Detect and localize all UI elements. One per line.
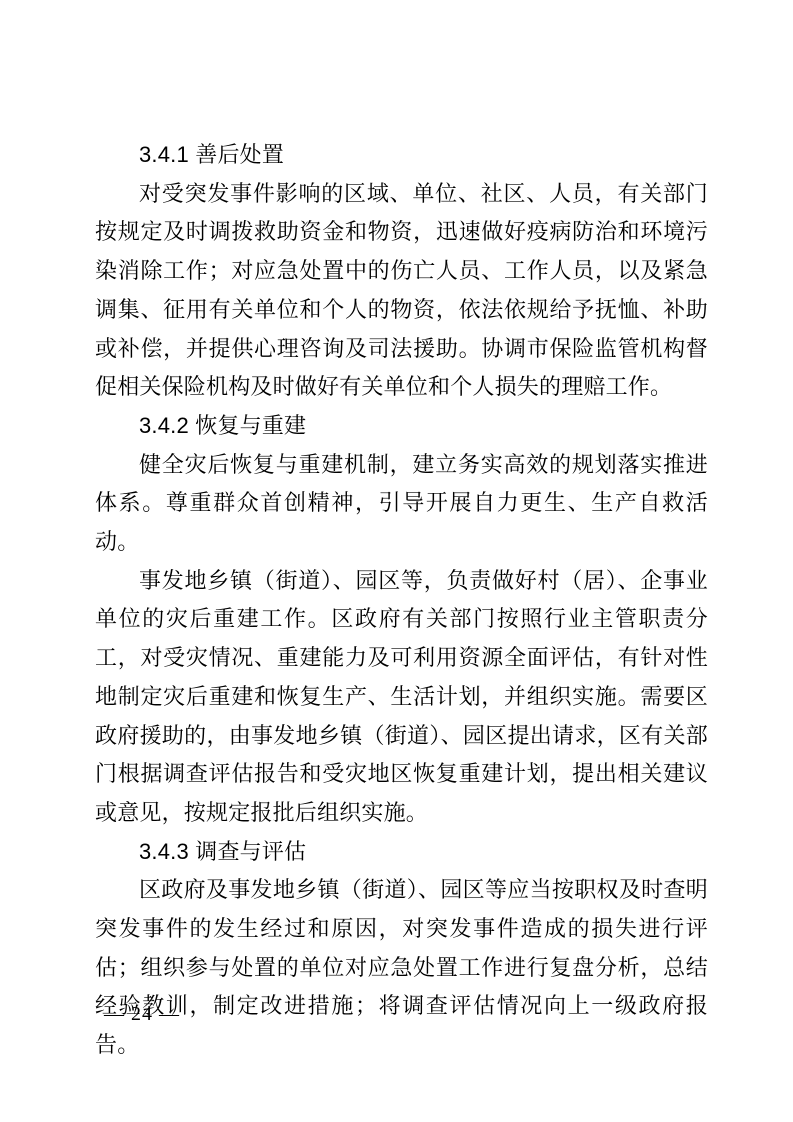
page-number: — 24 — — [104, 1000, 180, 1028]
section-heading: 3.4.2 恢复与重建 — [95, 407, 708, 446]
section-paragraph: 区政府及事发地乡镇（街道）、园区等应当按职权及时查明突发事件的发生经过和原因，对… — [95, 871, 708, 1065]
section-3-4-2: 3.4.2 恢复与重建 健全灾后恢复与重建机制，建立务实高效的规划落实推进体系。… — [95, 407, 708, 833]
section-3-4-3: 3.4.3 调查与评估 区政府及事发地乡镇（街道）、园区等应当按职权及时查明突发… — [95, 833, 708, 1065]
section-3-4-1: 3.4.1 善后处置 对受突发事件影响的区域、单位、社区、人员，有关部门按规定及… — [95, 136, 708, 407]
section-paragraph: 事发地乡镇（街道）、园区等，负责做好村（居）、企事业单位的灾后重建工作。区政府有… — [95, 562, 708, 833]
section-paragraph: 健全灾后恢复与重建机制，建立务实高效的规划落实推进体系。尊重群众首创精神，引导开… — [95, 446, 708, 562]
document-page: 3.4.1 善后处置 对受突发事件影响的区域、单位、社区、人员，有关部门按规定及… — [0, 0, 793, 1122]
section-heading: 3.4.3 调查与评估 — [95, 833, 708, 872]
document-body: 3.4.1 善后处置 对受突发事件影响的区域、单位、社区、人员，有关部门按规定及… — [95, 136, 708, 1065]
section-paragraph: 对受突发事件影响的区域、单位、社区、人员，有关部门按规定及时调拨救助资金和物资，… — [95, 175, 708, 407]
section-heading: 3.4.1 善后处置 — [95, 136, 708, 175]
